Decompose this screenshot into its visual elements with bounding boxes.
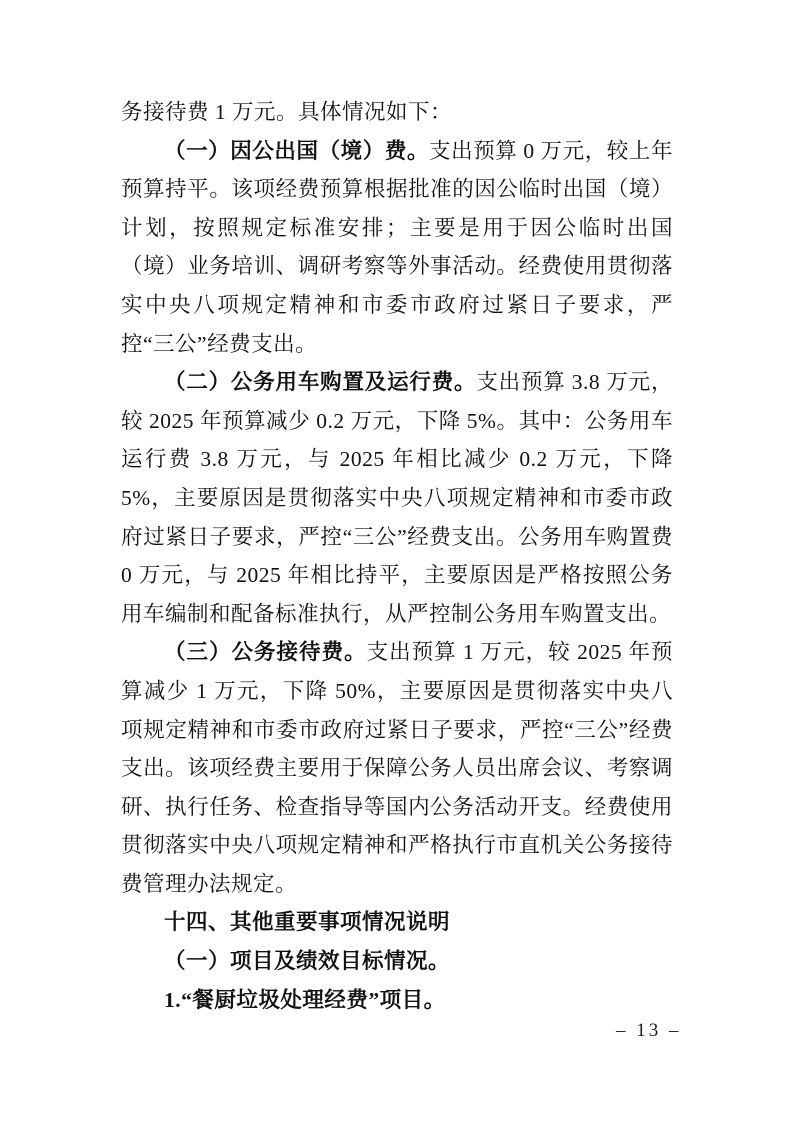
section-1-heading: （一）因公出国（境）费。 xyxy=(164,139,429,163)
page-number: – 13 – xyxy=(616,1020,682,1042)
paragraph-intro: 务接待费 1 万元。具体情况如下： xyxy=(121,93,673,132)
paragraph-section-2: （二）公务用车购置及运行费。支出预算 3.8 万元，较 2025 年预算减少 0… xyxy=(121,363,673,633)
section-3-heading: （三）公务接待费。 xyxy=(164,640,367,664)
heading-section-14: 十四、其他重要事项情况说明 xyxy=(121,903,673,942)
section-2-text: 支出预算 3.8 万元，较 2025 年预算减少 0.2 万元，下降 5%。其中… xyxy=(121,370,673,626)
heading-project-1: 1.“餐厨垃圾处理经费”项目。 xyxy=(121,981,673,1020)
document-page: 务接待费 1 万元。具体情况如下： （一）因公出国（境）费。支出预算 0 万元，… xyxy=(0,0,793,1122)
paragraph-section-1: （一）因公出国（境）费。支出预算 0 万元，较上年预算持平。该项经费预算根据批准… xyxy=(121,132,673,364)
heading-section-14-1: （一）项目及绩效目标情况。 xyxy=(121,942,673,981)
section-3-text: 支出预算 1 万元，较 2025 年预算减少 1 万元，下降 50%，主要原因是… xyxy=(121,640,673,896)
section-1-text: 支出预算 0 万元，较上年预算持平。该项经费预算根据批准的因公临时出国（境）计划… xyxy=(121,139,673,356)
section-2-heading: （二）公务用车购置及运行费。 xyxy=(164,370,476,394)
document-body: 务接待费 1 万元。具体情况如下： （一）因公出国（境）费。支出预算 0 万元，… xyxy=(121,93,673,1019)
paragraph-section-3: （三）公务接待费。支出预算 1 万元，较 2025 年预算减少 1 万元，下降 … xyxy=(121,633,673,903)
